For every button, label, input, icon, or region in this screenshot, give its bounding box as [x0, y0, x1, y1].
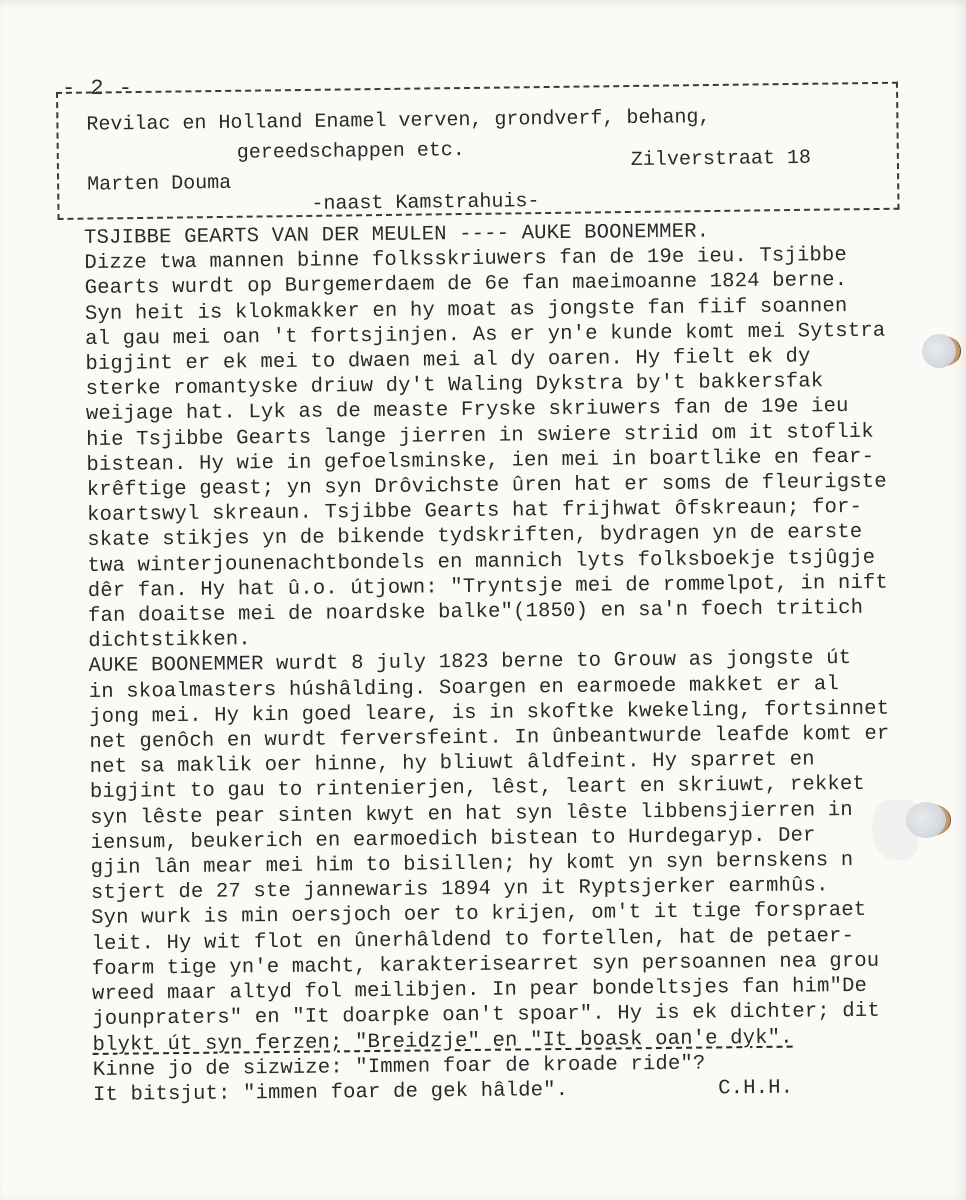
ad-shop-name: Marten Douma [87, 172, 231, 197]
advertisement-box: Revilac en Holland Enamel verven, grondv… [56, 82, 900, 220]
author-signature: C.H.H. [718, 1076, 793, 1102]
punch-hole-icon [922, 334, 956, 368]
ad-line-products: Revilac en Holland Enamel verven, grondv… [86, 106, 710, 137]
article-body: Dizze twa mannen binne folksskriuwers fa… [84, 242, 952, 1032]
ad-location-note: -naast Kamstrahuis- [311, 190, 539, 216]
typewritten-page: - 2 - Revilac en Holland Enamel verven, … [0, 0, 966, 1200]
punch-hole-icon [906, 802, 946, 838]
article: TSJIBBE GEARTS VAN DER MEULEN ---- AUKE … [84, 217, 953, 1108]
ad-address: Zilverstraat 18 [631, 147, 811, 172]
ad-line-tools: gereedschappen etc. [237, 139, 465, 165]
closing-line-2-text: It bitsjut: "immen foar de gek hâlde". [93, 1079, 568, 1107]
